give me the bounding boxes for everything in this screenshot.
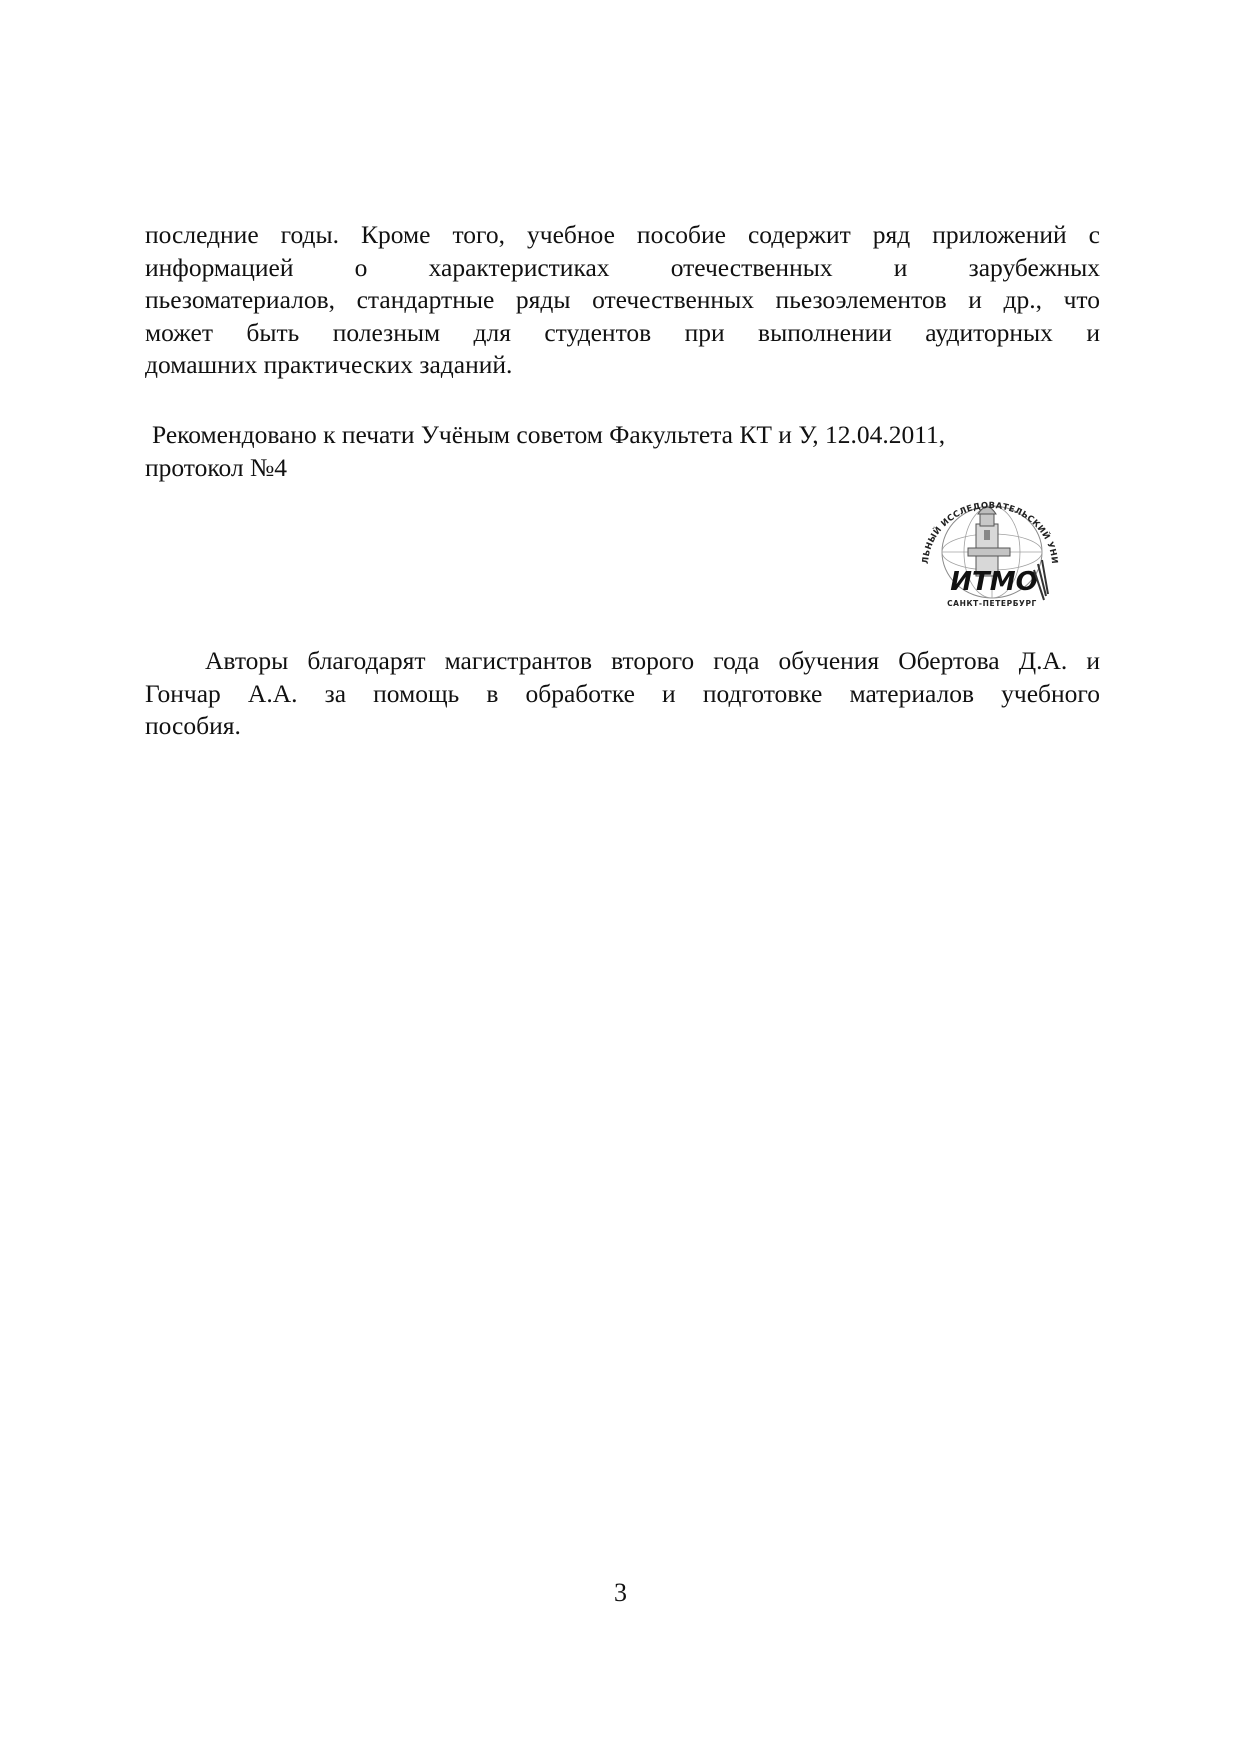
text-line: пособия. — [145, 710, 1100, 743]
text-line: информацией о характеристиках отечествен… — [145, 252, 1100, 285]
svg-text:ИТМО: ИТМО — [950, 567, 1037, 597]
text-line: последние годы. Кроме того, учебное посо… — [145, 219, 1100, 252]
text-line: пьезоматериалов, стандартные ряды отечес… — [145, 284, 1100, 317]
text-line: домашних практических заданий. — [145, 349, 1100, 382]
itmo-university-logo: НАЦИОНАЛЬНЫЙ ИССЛЕДОВАТЕЛЬСКИЙ УНИВЕРСИТ… — [914, 488, 1066, 612]
text-line: Гончар А.А. за помощь в обработке и подг… — [145, 678, 1100, 711]
document-page: последние годы. Кроме того, учебное посо… — [0, 0, 1241, 1755]
text-line: Авторы благодарят магистрантов второго г… — [145, 645, 1100, 678]
acknowledgement-paragraph: Авторы благодарят магистрантов второго г… — [145, 645, 1100, 743]
svg-text:САНКТ-ПЕТЕРБУРГ: САНКТ-ПЕТЕРБУРГ — [947, 599, 1037, 608]
text-line: протокол №4 — [145, 452, 1100, 485]
itmo-logo-icon: НАЦИОНАЛЬНЫЙ ИССЛЕДОВАТЕЛЬСКИЙ УНИВЕРСИТ… — [914, 488, 1066, 612]
recommendation-note: Рекомендовано к печати Учёным советом Фа… — [145, 419, 1100, 484]
paragraph-intro-continuation: последние годы. Кроме того, учебное посо… — [145, 219, 1100, 382]
page-number: 3 — [0, 1578, 1241, 1608]
text-line: может быть полезным для студентов при вы… — [145, 317, 1100, 350]
text-line: Рекомендовано к печати Учёным советом Фа… — [145, 419, 1100, 452]
